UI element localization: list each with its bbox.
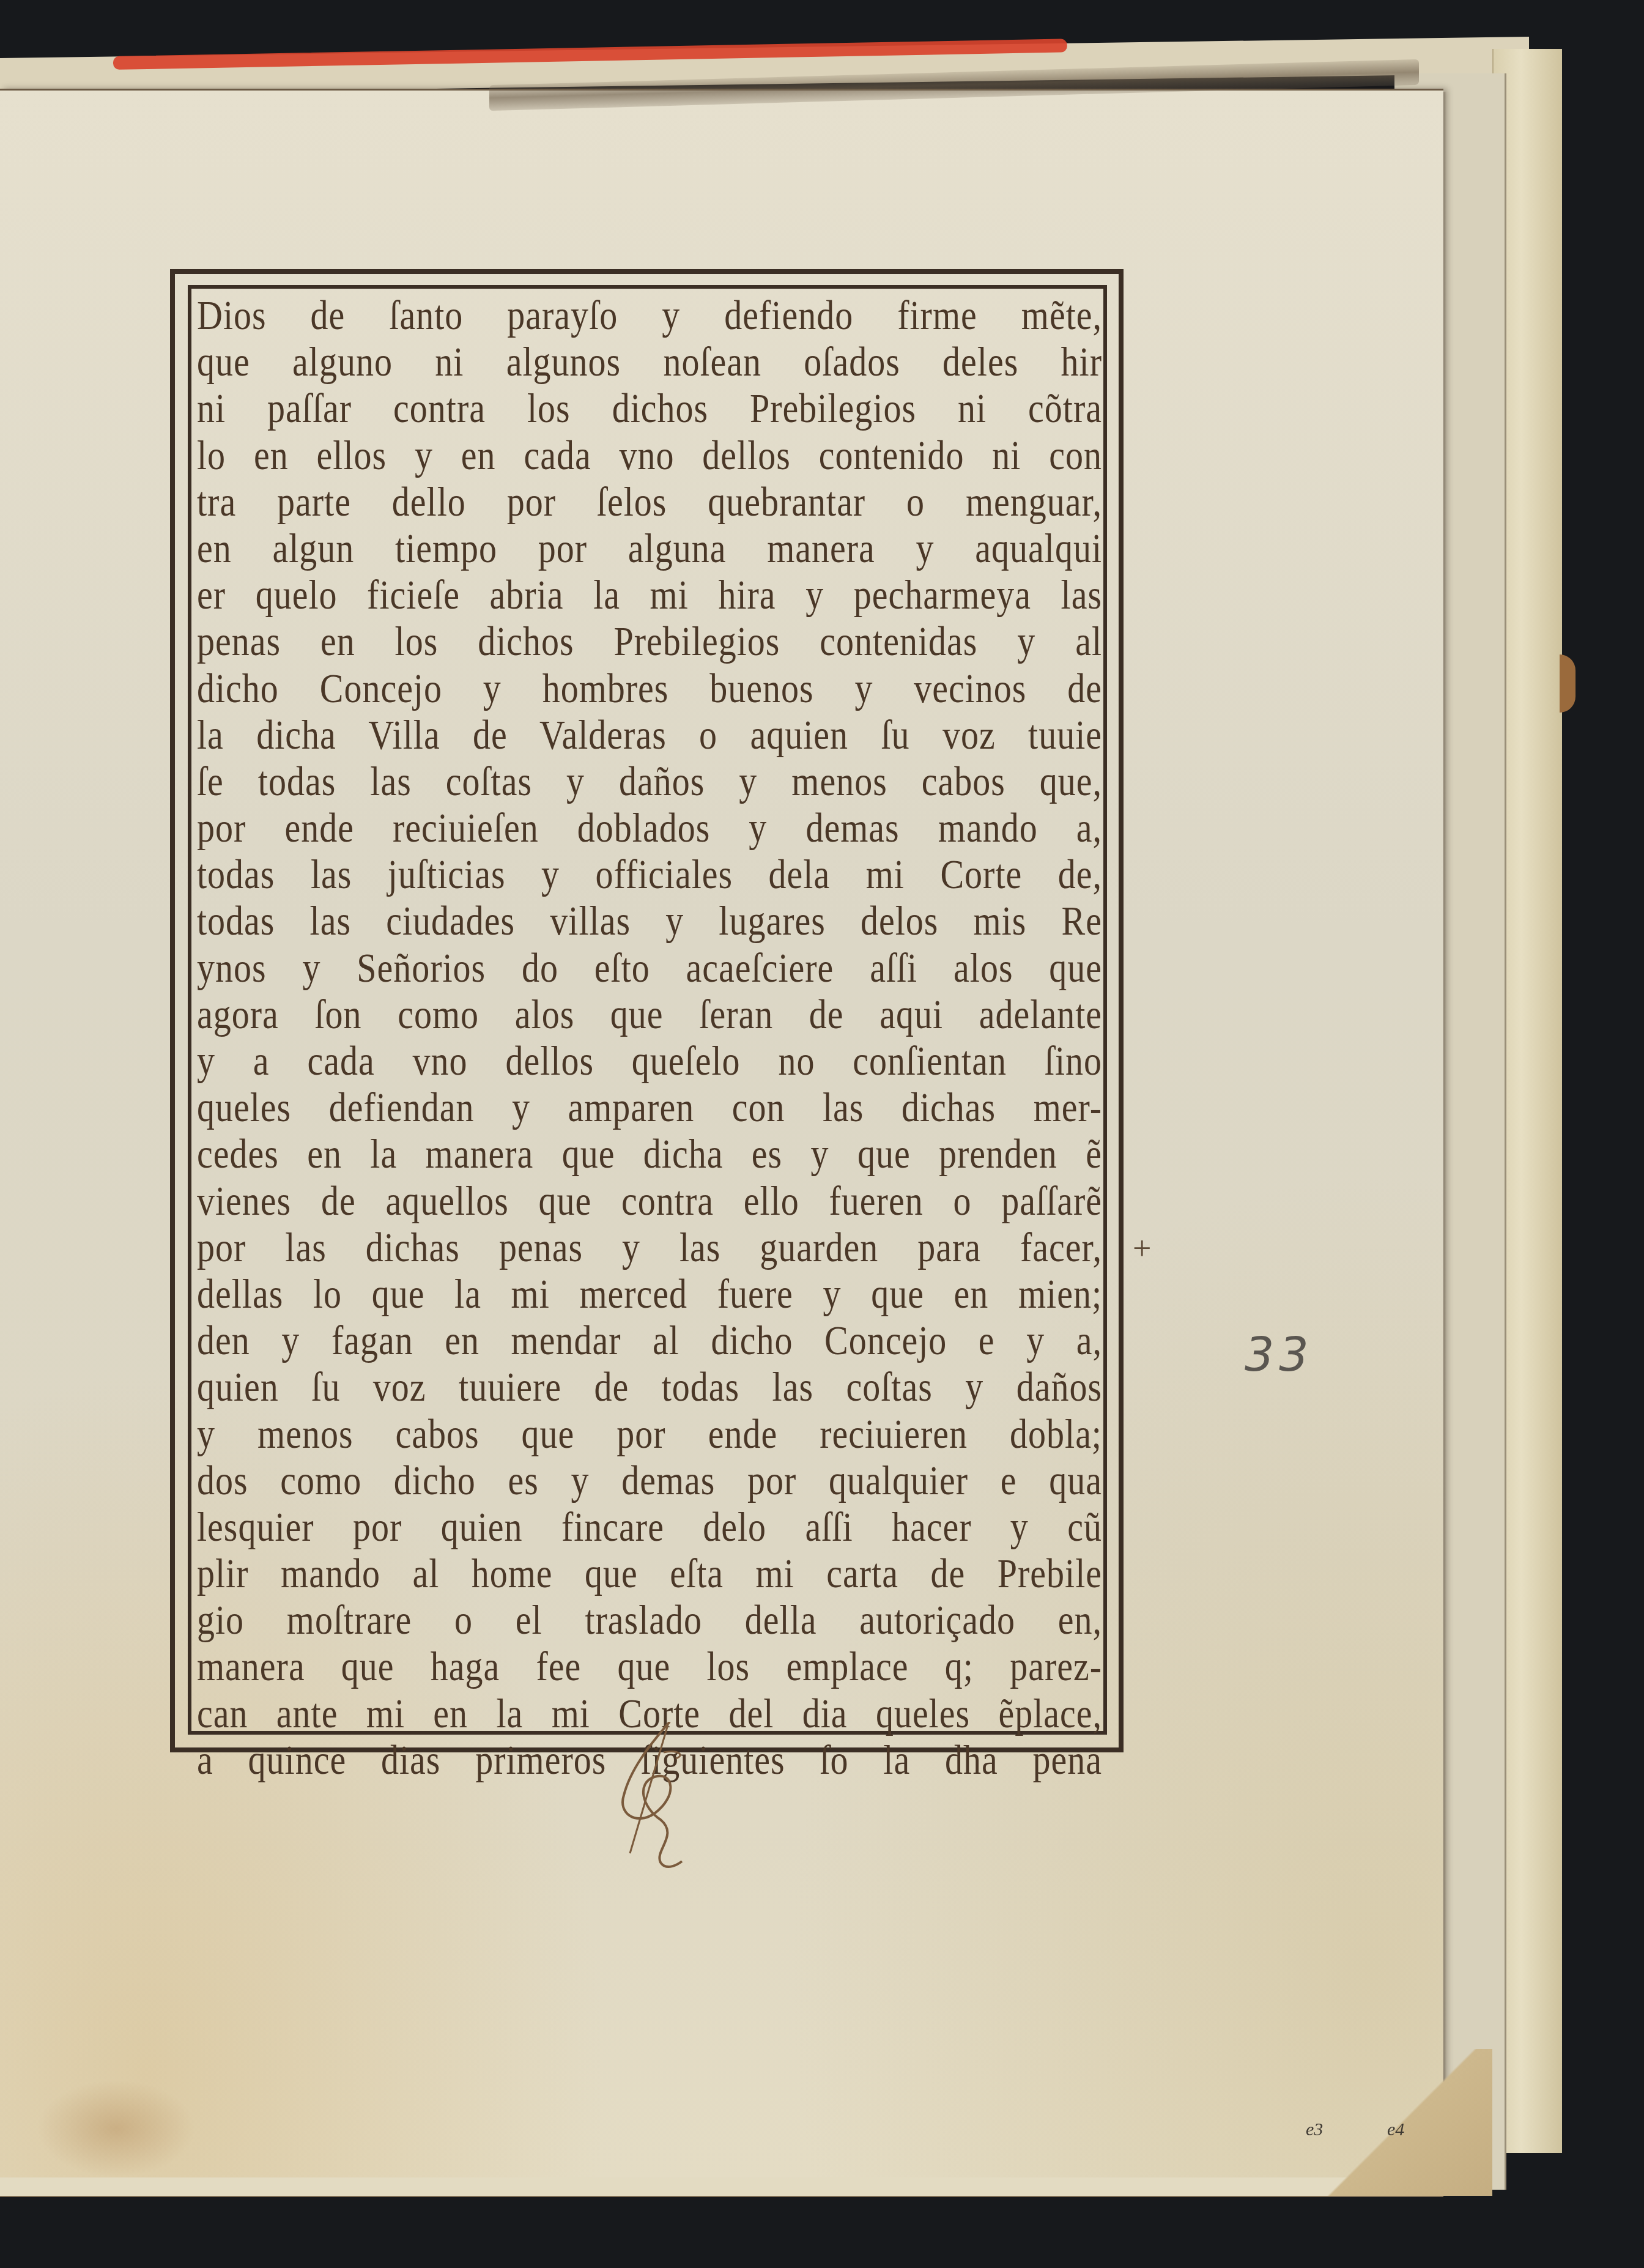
gathering-signature: e4 — [1387, 2119, 1404, 2140]
margin-cross-mark: + — [1133, 1229, 1151, 1267]
scribal-paraph-icon — [612, 1722, 697, 1869]
manuscript-text-block: Dios de ſanto parayſo y defiendo firme m… — [197, 292, 1102, 1784]
folded-page-corner — [1321, 2049, 1492, 2196]
wax-seal-fragment — [1560, 654, 1576, 713]
gathering-signature: e3 — [1306, 2119, 1323, 2140]
bottom-left-damage-stain — [37, 2080, 196, 2177]
page-bottom-edge — [0, 2177, 1443, 2197]
pencil-folio-number: 33 — [1245, 1327, 1314, 1382]
